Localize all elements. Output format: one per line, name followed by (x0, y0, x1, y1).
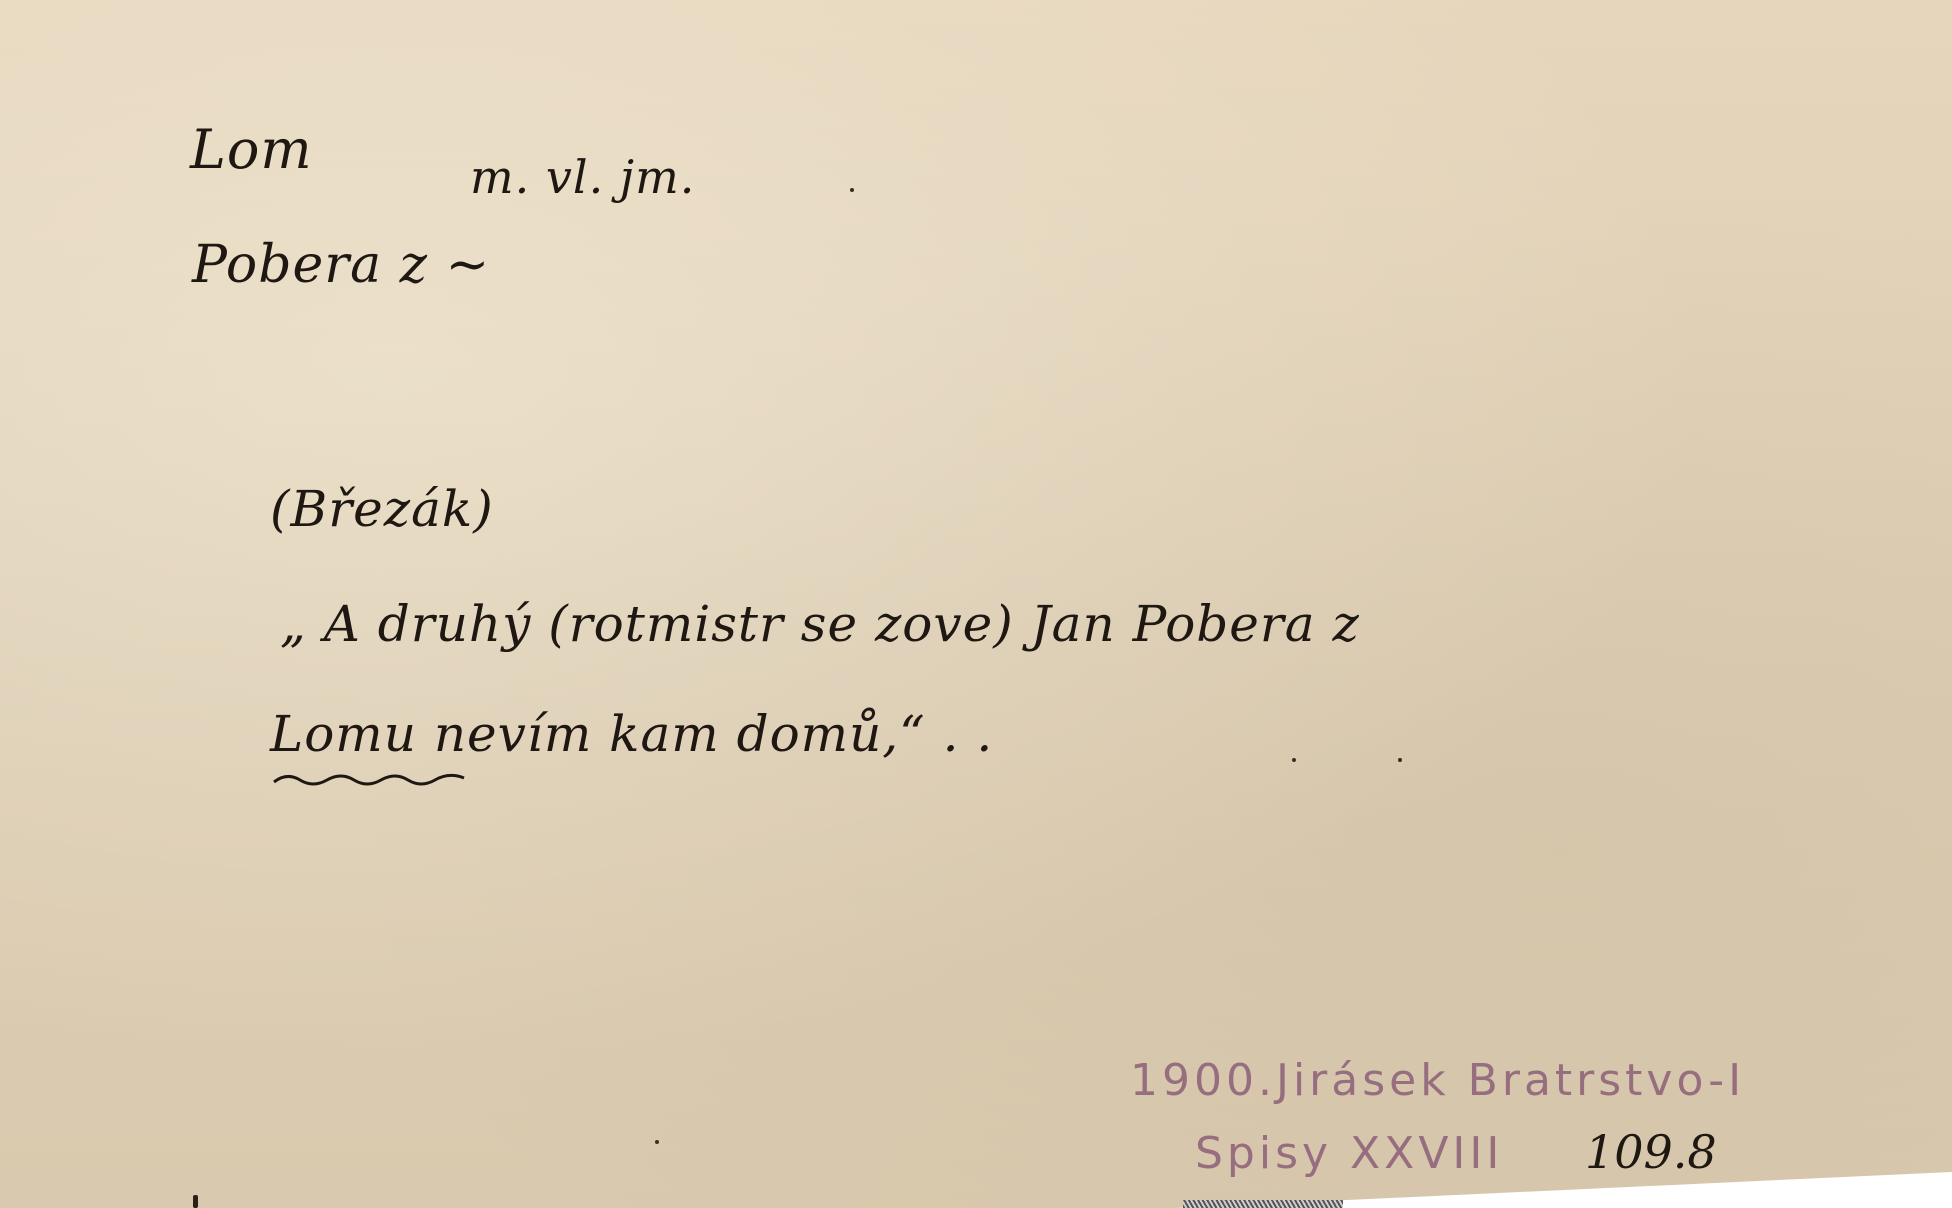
phrase-example: Pobera z ~ (192, 235, 490, 295)
edge-mark (193, 1195, 198, 1208)
headword: Lom (190, 118, 313, 181)
quote-line-1: „ A druhý (rotmistr se zove) Jan Pobera … (280, 595, 1360, 653)
scan-edge-strip (1183, 1200, 1343, 1208)
page-reference: 109.8 (1585, 1125, 1717, 1179)
stamp-source-line: 1900.Jirásek Bratrstvo-I (1130, 1055, 1745, 1106)
grammar-abbreviation: m. vl. jm. (470, 150, 695, 204)
quote-line-2: Lomu nevím kam domů,“ . . (270, 705, 993, 763)
index-card: Lom m. vl. jm. Pobera z ~ (Březák) „ A d… (0, 0, 1952, 1208)
ink-speck (655, 1140, 659, 1144)
source-title: (Březák) (270, 480, 494, 538)
ink-speck (1292, 758, 1296, 762)
ink-speck (1398, 758, 1402, 762)
wavy-underline-icon (272, 770, 467, 790)
ink-speck (850, 188, 854, 192)
stamp-volume-line: Spisy XXVIII (1195, 1128, 1503, 1179)
